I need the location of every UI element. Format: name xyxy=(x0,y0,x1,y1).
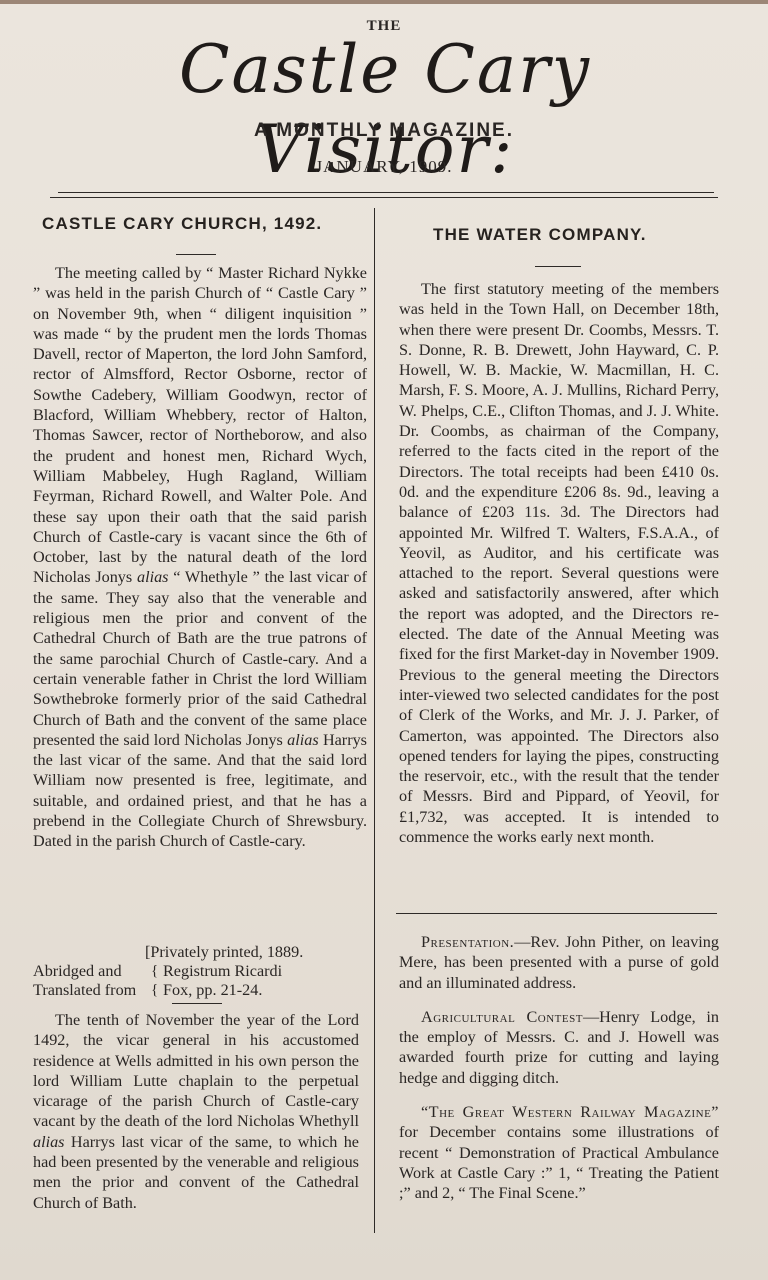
heading-rule xyxy=(535,266,581,267)
citation-right: Fox, pp. 21-24. xyxy=(163,981,262,1000)
issue-date: JANUARY, 1909. xyxy=(0,157,768,177)
section-rule xyxy=(396,913,717,914)
heading-rule xyxy=(176,254,216,255)
article-body-water: The first statutory meeting of the membe… xyxy=(399,279,719,847)
section-rule xyxy=(172,1003,222,1004)
brace-icon: { xyxy=(151,962,163,981)
brace-icon: { xyxy=(151,981,163,1000)
citation-right: Registrum Ricardi xyxy=(163,962,282,981)
notes-section: Presentation.—Rev. John Pither, on leavi… xyxy=(399,932,719,1218)
paragraph: The tenth of November the year of the Lo… xyxy=(33,1010,359,1213)
article-body-church-2: The tenth of November the year of the Lo… xyxy=(33,1010,359,1213)
paragraph: The first statutory meeting of the membe… xyxy=(399,279,719,847)
note-railway: “The Great Western Railway Magazine” for… xyxy=(399,1102,719,1203)
note-presentation: Presentation.—Rev. John Pither, on leavi… xyxy=(399,932,719,993)
citation-printed: [Privately printed, 1889. xyxy=(33,943,367,962)
masthead-subtitle: A MONTHLY MAGAZINE. xyxy=(0,120,768,142)
column-divider xyxy=(374,208,375,1233)
citation-left: Translated from xyxy=(33,981,151,1000)
citation-left: Abridged and xyxy=(33,962,151,981)
note-agricultural: Agricultural Contest—Henry Lodge, in the… xyxy=(399,1007,719,1088)
article-heading-church: CASTLE CARY CHURCH, 1492. xyxy=(42,214,322,234)
article-heading-water: THE WATER COMPANY. xyxy=(433,225,647,245)
header-rule xyxy=(50,197,718,198)
citation: [Privately printed, 1889. Abridged and {… xyxy=(33,943,367,1000)
paragraph: The meeting called by “ Master Richard N… xyxy=(33,263,367,852)
header-rule xyxy=(58,192,714,193)
magazine-page: THE Castle Cary Visitor: A MONTHLY MAGAZ… xyxy=(0,0,768,1280)
article-body-church: The meeting called by “ Master Richard N… xyxy=(33,263,367,852)
page-edge xyxy=(0,0,768,4)
